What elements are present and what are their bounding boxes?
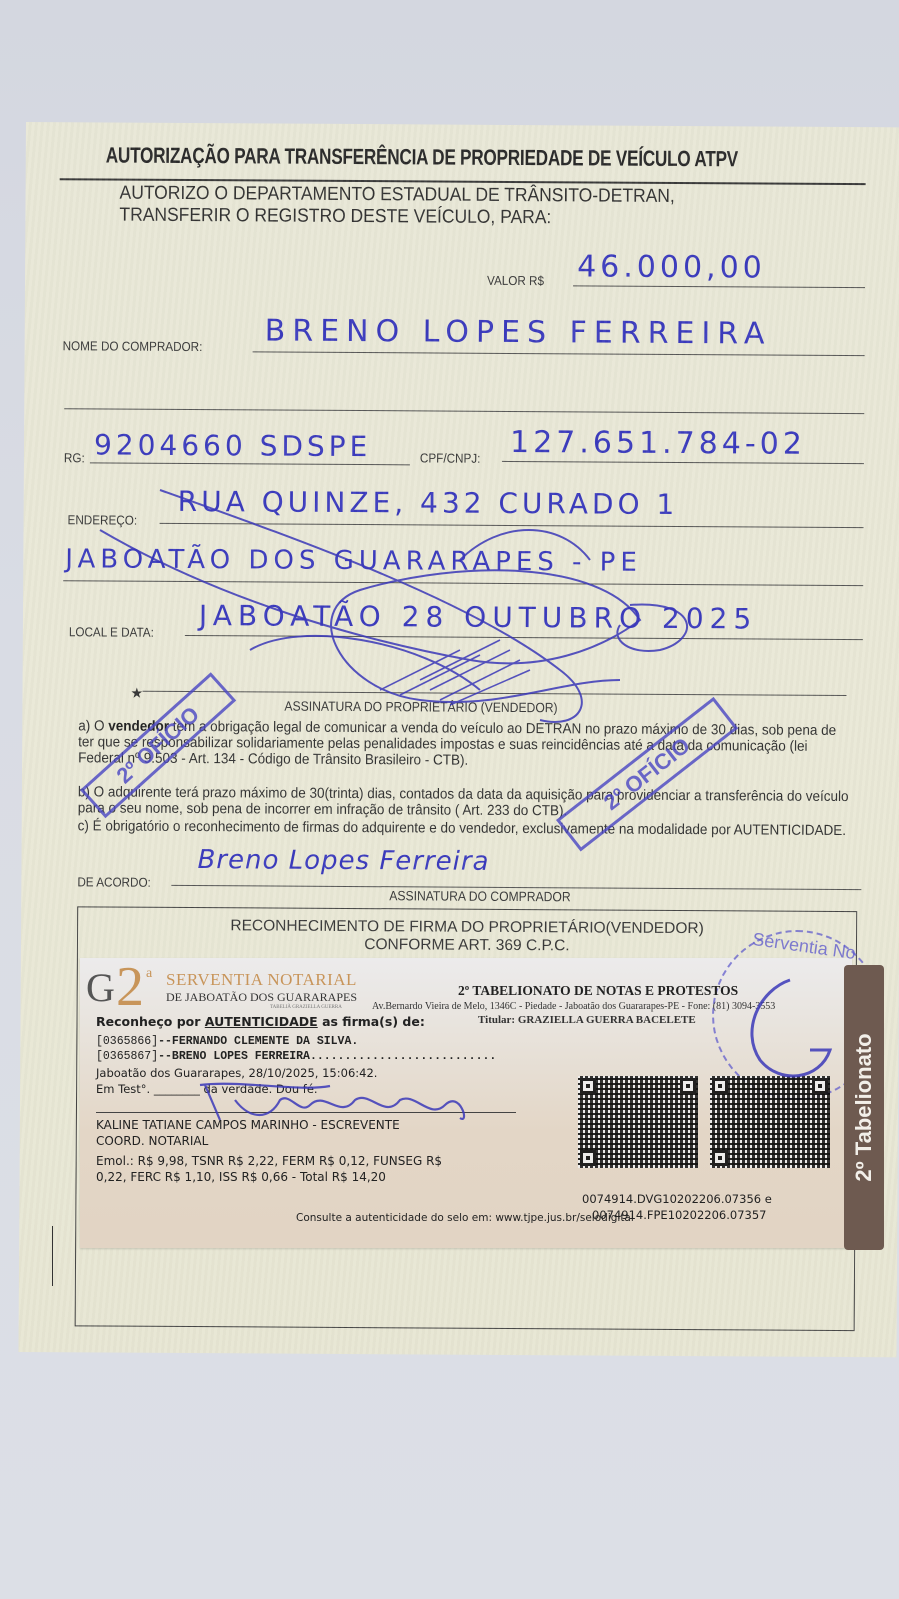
cpf-label: CPF/CNPJ: [420,450,481,465]
blank-line [64,408,864,414]
rg-label: RG: [64,450,85,465]
local-data-line [185,635,863,640]
comprador-label: NOME DO COMPRADOR: [63,338,203,354]
signature-star-icon: ★ [130,685,143,702]
valor-line [573,285,865,288]
consult-url[interactable]: Consulte a autenticidade do selo em: www… [296,1212,634,1224]
seller-signature-line [143,691,847,696]
qr-code-2[interactable] [710,1076,830,1168]
local-data-label: LOCAL E DATA: [69,624,154,640]
de-acordo-label: DE ACORDO: [77,874,151,889]
notary-name-line-1: SERVENTIA NOTARIAL [166,970,357,990]
qr-finder [712,1078,728,1094]
clause-c: c) É obrigatório o reconhecimento de fir… [78,818,854,839]
notary-logo-number: 2 [116,962,144,1012]
signatory-code: [0365867] [96,1050,158,1063]
document-title: AUTORIZAÇÃO PARA TRANSFERÊNCIA DE PROPRI… [106,142,738,172]
buyer-signature-label: ASSINATURA DO COMPRADOR [389,888,570,904]
recognize-prefix: Reconheço por [96,1014,205,1029]
clause-a-prefix: a) O [78,718,108,734]
valor-value[interactable]: 46.000,00 [577,249,766,285]
clause-b: b) O adquirente terá prazo máximo de 30(… [78,784,854,821]
fees-line-2: 0,22, FERC R$ 1,10, ISS R$ 0,66 - Total … [96,1170,386,1184]
valor-label: VALOR R$ [487,273,544,288]
qr-code-1[interactable] [578,1076,698,1168]
endereco-value-2[interactable]: JABOATÃO DOS GUARARAPES - PE [65,544,642,578]
side-tab-label: 2º Tabelionato [844,965,884,1250]
clerk-name: KALINE TATIANE CAMPOS MARINHO - ESCREVEN… [96,1118,400,1132]
comprador-line [253,351,865,356]
qr-finder [580,1078,596,1094]
intro-text: AUTORIZO O DEPARTAMENTO ESTADUAL DE TRÂN… [119,183,674,230]
endereco-line-2 [63,580,863,586]
paper-edge-mark [52,1226,53,1286]
recognize-mode: AUTENTICIDADE [205,1014,318,1029]
endereco-label: ENDEREÇO: [68,512,138,527]
office-address: Av.Bernardo Vieira de Melo, 1346C - Pied… [372,1001,775,1012]
signatory-code: [0365866] [96,1035,158,1048]
notary-name-line-2: DE JABOATÃO DOS GUARARAPES [166,990,357,1005]
notary-logo-super: a [146,966,152,982]
endereco-line-1 [160,523,864,528]
cpf-value[interactable]: 127.651.784-02 [510,425,806,462]
recognition-statement: Reconheço por AUTENTICIDADE as firma(s) … [96,1014,425,1029]
signatory-name: --FERNANDO CLEMENTE DA SILVA. [158,1035,358,1048]
place-datetime: Jaboatão dos Guararapes, 28/10/2025, 15:… [96,1066,377,1080]
qr-finder [712,1150,728,1166]
rg-value[interactable]: 9204660 SDSPE [94,428,371,463]
office-titular: Titular: GRAZIELLA GUERRA BACELETE [478,1014,696,1026]
clerk-signature-line [96,1112,516,1113]
office-title: 2º TABELIONATO DE NOTAS E PROTESTOS [458,983,738,999]
endereco-value-1[interactable]: RUA QUINZE, 432 CURADO 1 [178,485,679,521]
signatory-row: [0365866]--FERNANDO CLEMENTE DA SILVA. [96,1035,358,1048]
notary-logo-letter: G [86,964,115,1011]
clause-c-prefix: c) [78,818,93,834]
qr-finder [812,1078,828,1094]
notary-name-line-3: TABELIÃ GRAZIELLA GUERRA [270,1005,342,1010]
seller-signature-label: ASSINATURA DO PROPRIETÁRIO (VENDEDOR) [284,699,557,716]
selo-code-1: 0074914.DVG10202206.07356 e [582,1192,772,1206]
qr-finder [680,1078,696,1094]
clerk-role: COORD. NOTARIAL [96,1134,208,1148]
clause-c-text: É obrigatório o reconhecimento de firmas… [93,818,846,839]
testimony-line: Em Test°. ________ da verdade. Dou fé. [96,1082,318,1096]
intro-line-2: TRANSFERIR O REGISTRO DESTE VEÍCULO, PAR… [119,205,674,230]
signatory-row: [0365867]--BRENO LOPES FERREIRA.........… [96,1050,496,1063]
qr-finder [580,1150,596,1166]
signatory-name: --BRENO LOPES FERREIRA..................… [158,1050,496,1063]
comprador-value[interactable]: BRENO LOPES FERREIRA [265,313,772,351]
buyer-signature[interactable]: Breno Lopes Ferreira [197,845,489,877]
fees-line-1: Emol.: R$ 9,98, TSNR R$ 2,22, FERM R$ 0,… [96,1154,442,1168]
clause-b-text: O adquirente terá prazo máximo de 30(tri… [78,784,849,819]
recognize-suffix: as firma(s) de: [318,1014,425,1029]
cpf-line [502,461,864,464]
local-data-value[interactable]: JABOATÃO 28 OUTUBRO 2025 [199,599,757,635]
